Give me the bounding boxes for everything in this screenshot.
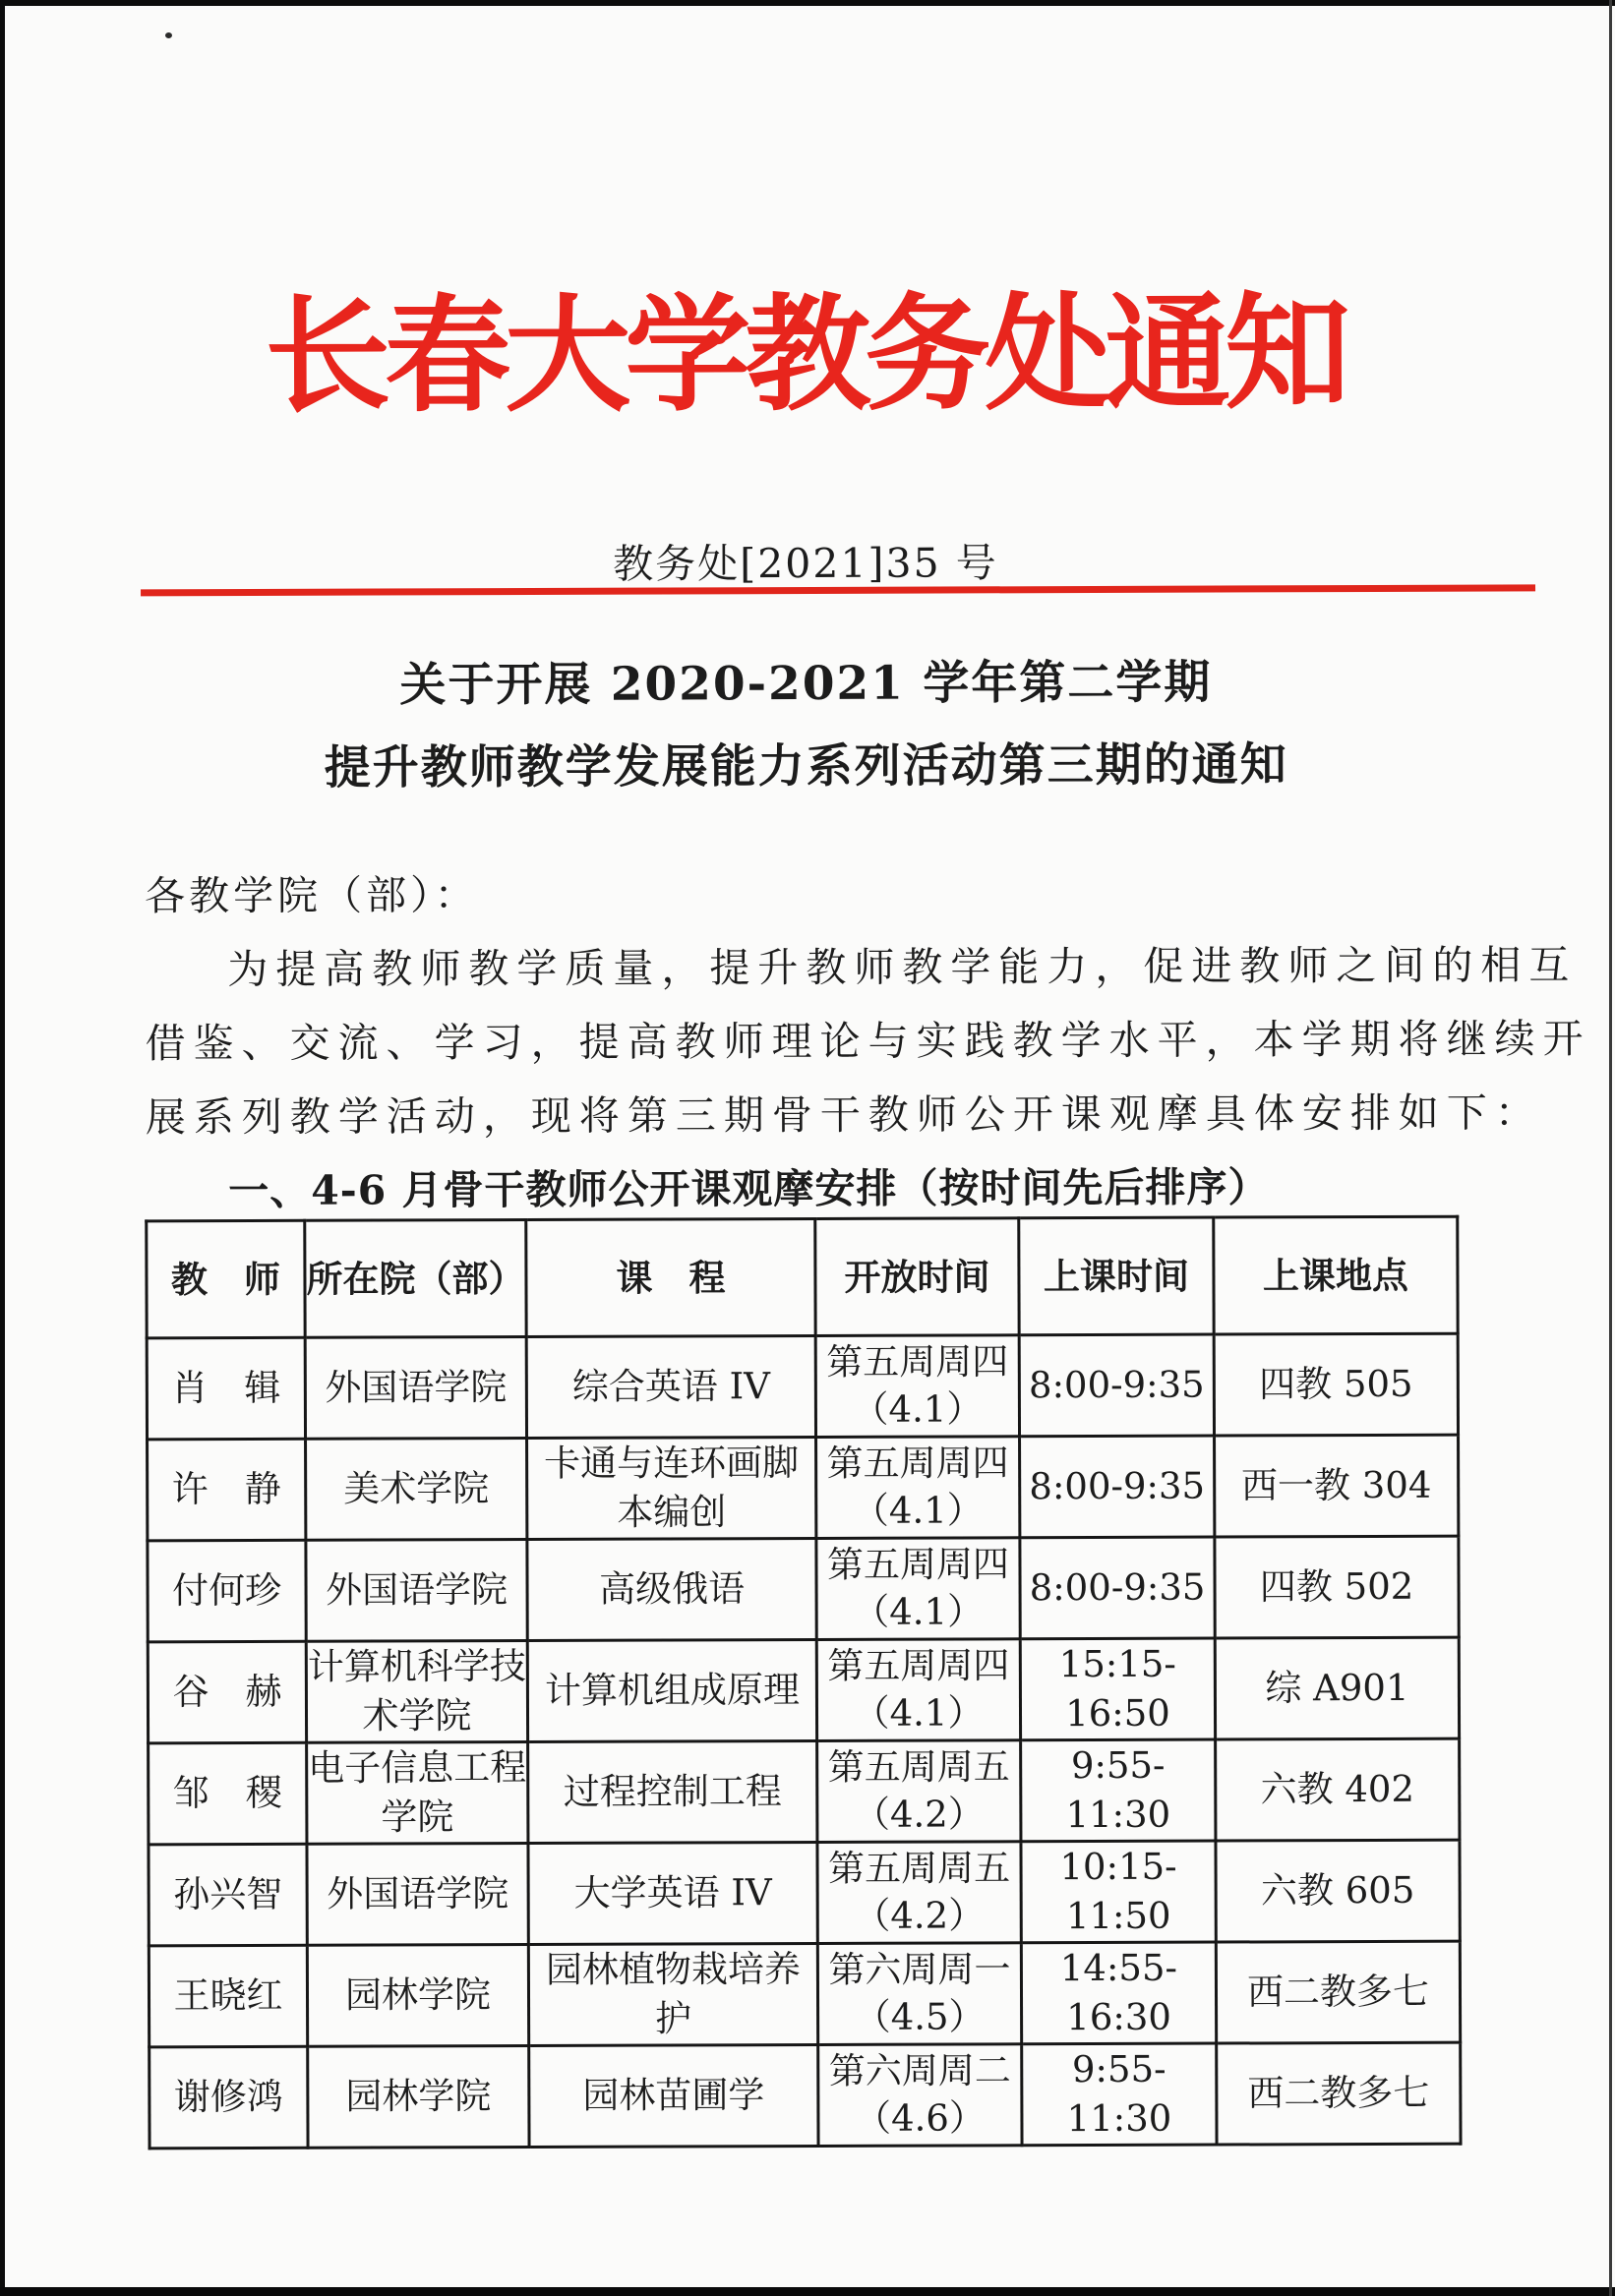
table-row: 谷 赫 计算机科学技术学院 计算机组成原理 第五周周四 （4.1） 15:15-… [148,1637,1459,1743]
open-time-cell: 第五周周五 （4.2） [817,1842,1021,1944]
salutation: 各教学院（部）： [145,855,1463,934]
notice-body: 各教学院（部）： 为提高教师教学质量，提升教师教学能力，促进教师之间的相互 借鉴… [145,855,1464,1229]
class-time-cell: 10:15-11:50 [1021,1841,1216,1943]
header-class-time: 上课时间 [1019,1217,1214,1335]
open-time-cell: 第五周周四 （4.1） [816,1639,1020,1741]
notice-heading-line-2: 提升教师教学发展能力系列活动第三期的通知 [0,727,1614,798]
course-cell: 过程控制工程 [528,1740,817,1843]
header-open-time: 开放时间 [815,1218,1019,1336]
table-row: 肖 辑 外国语学院 综合英语 IV 第五周周四 （4.1） 8:00-9:35 … [147,1333,1458,1440]
scan-edge-bottom [0,2287,1615,2296]
header-course: 课 程 [526,1218,815,1336]
class-time-cell: 9:55-11:30 [1021,1739,1216,1842]
open-time-cell: 第五周周五 （4.2） [817,1740,1021,1843]
teacher-cell: 谷 赫 [148,1641,306,1743]
open-time-week: 第五周周四 [817,1541,1018,1589]
open-time-cell: 第五周周四 （4.1） [816,1437,1020,1539]
open-time-date: （4.1） [817,1487,1018,1535]
teacher-cell: 肖 辑 [147,1337,305,1440]
open-time-week: 第五周周五 [818,1845,1019,1893]
college-cell: 外国语学院 [305,1336,526,1439]
class-time-cell: 8:00-9:35 [1020,1436,1215,1538]
course-cell: 计算机组成原理 [527,1639,816,1741]
open-time-date: （4.5） [819,1993,1020,2041]
class-time-cell: 8:00-9:35 [1020,1537,1215,1639]
college-cell: 外国语学院 [306,1539,527,1641]
scanned-notice-page: 长春大学教务处通知 教务处[2021]35 号 关于开展 2020-2021 学… [0,0,1615,2296]
open-time-week: 第五周周四 [817,1338,1018,1386]
table-row: 王晓红 园林学院 园林植物栽培养护 第六周周一 （4.5） 14:55-16:3… [149,1941,1460,2047]
open-time-date: （4.2） [818,1791,1019,1839]
course-cell: 综合英语 IV [526,1335,815,1438]
college-cell: 园林学院 [307,1944,528,2046]
body-line-3: 展系列教学活动，现将第三期骨干教师公开课观摩具体安排如下： [146,1077,1464,1155]
open-time-date: （4.2） [819,1892,1020,1940]
page-content: 长春大学教务处通知 教务处[2021]35 号 关于开展 2020-2021 学… [0,0,1615,2296]
course-cell: 园林植物栽培养护 [528,1943,817,2045]
open-time-cell: 第六周周二 （4.6） [818,2044,1022,2147]
college-cell: 园林学院 [308,2045,529,2148]
open-time-week: 第五周周五 [818,1743,1019,1792]
open-time-date: （4.1） [818,1588,1019,1636]
open-time-week: 第六周周二 [819,2047,1020,2095]
body-line-1: 为提高教师教学质量，提升教师教学能力，促进教师之间的相互 [145,929,1463,1008]
open-time-date: （4.6） [819,2094,1020,2143]
table-row: 付何珍 外国语学院 高级俄语 第五周周四 （4.1） 8:00-9:35 四教 … [148,1536,1459,1642]
body-line-2: 借鉴、交流、学习，提高教师理论与实践教学水平，本学期将继续开 [145,1003,1463,1082]
college-cell: 计算机科学技术学院 [306,1640,527,1742]
location-cell: 四教 505 [1214,1333,1458,1436]
college-cell: 外国语学院 [307,1843,528,1945]
class-time-cell: 14:55-16:30 [1021,1942,1216,2044]
class-time-cell: 15:15-16:50 [1020,1638,1215,1740]
teacher-cell: 许 静 [148,1439,306,1541]
table-row: 许 静 美术学院 卡通与连环画脚本编创 第五周周四 （4.1） 8:00-9:3… [148,1435,1459,1541]
college-cell: 电子信息工程学院 [307,1741,528,1844]
table-row: 谢修鸿 园林学院 园林苗圃学 第六周周二 （4.6） 9:55-11:30 西二… [150,2042,1461,2149]
table-header-row: 教 师 所在院（部） 课 程 开放时间 上课时间 上课地点 [147,1216,1458,1338]
open-time-week: 第五周周四 [817,1440,1018,1488]
open-time-cell: 第五周周四 （4.1） [816,1538,1020,1640]
open-time-week: 第六周周一 [819,1946,1020,1994]
scan-artifact-dot [165,32,172,38]
location-cell: 西二教多七 [1216,1941,1460,2043]
course-cell: 大学英语 IV [528,1842,817,1944]
course-cell: 卡通与连环画脚本编创 [527,1437,816,1539]
college-cell: 美术学院 [306,1438,527,1540]
notice-heading-line-1: 关于开展 2020-2021 学年第二学期 [0,644,1613,716]
class-time-cell: 9:55-11:30 [1022,2043,1217,2146]
document-number: 教务处[2021]35 号 [0,528,1613,592]
open-time-week: 第五周周四 [818,1642,1019,1690]
scan-edge-right-line [1609,0,1612,2296]
open-time-cell: 第五周周四 （4.1） [815,1335,1019,1438]
table-row: 邹 稷 电子信息工程学院 过程控制工程 第五周周五 （4.2） 9:55-11:… [149,1738,1460,1845]
course-cell: 园林苗圃学 [529,2044,818,2147]
page-title: 长春大学教务处通知 [0,251,1612,438]
location-cell: 六教 605 [1216,1840,1460,1942]
table-row: 孙兴智 外国语学院 大学英语 IV 第五周周五 （4.2） 10:15-11:5… [149,1840,1460,1946]
teacher-cell: 谢修鸿 [150,2046,308,2149]
open-time-date: （4.1） [817,1385,1018,1434]
scan-edge-top [0,0,1615,6]
open-time-cell: 第六周周一 （4.5） [817,1943,1021,2045]
open-time-date: （4.1） [818,1689,1019,1737]
teacher-cell: 孙兴智 [149,1844,307,1946]
teacher-cell: 邹 稷 [149,1742,307,1845]
header-college: 所在院（部） [305,1219,526,1337]
location-cell: 四教 502 [1215,1536,1459,1638]
location-cell: 西一教 304 [1215,1435,1459,1537]
location-cell: 六教 402 [1216,1738,1460,1841]
header-teacher: 教 师 [147,1220,305,1338]
scan-edge-left [0,0,5,2296]
open-class-schedule-table: 教 师 所在院（部） 课 程 开放时间 上课时间 上课地点 肖 辑 外国语学院 … [145,1215,1462,2150]
header-location: 上课地点 [1214,1216,1458,1334]
teacher-cell: 付何珍 [148,1540,306,1642]
teacher-cell: 王晓红 [149,1945,307,2047]
class-time-cell: 8:00-9:35 [1019,1334,1214,1437]
location-cell: 西二教多七 [1217,2042,1461,2145]
course-cell: 高级俄语 [527,1538,816,1640]
location-cell: 综 A901 [1215,1637,1459,1739]
